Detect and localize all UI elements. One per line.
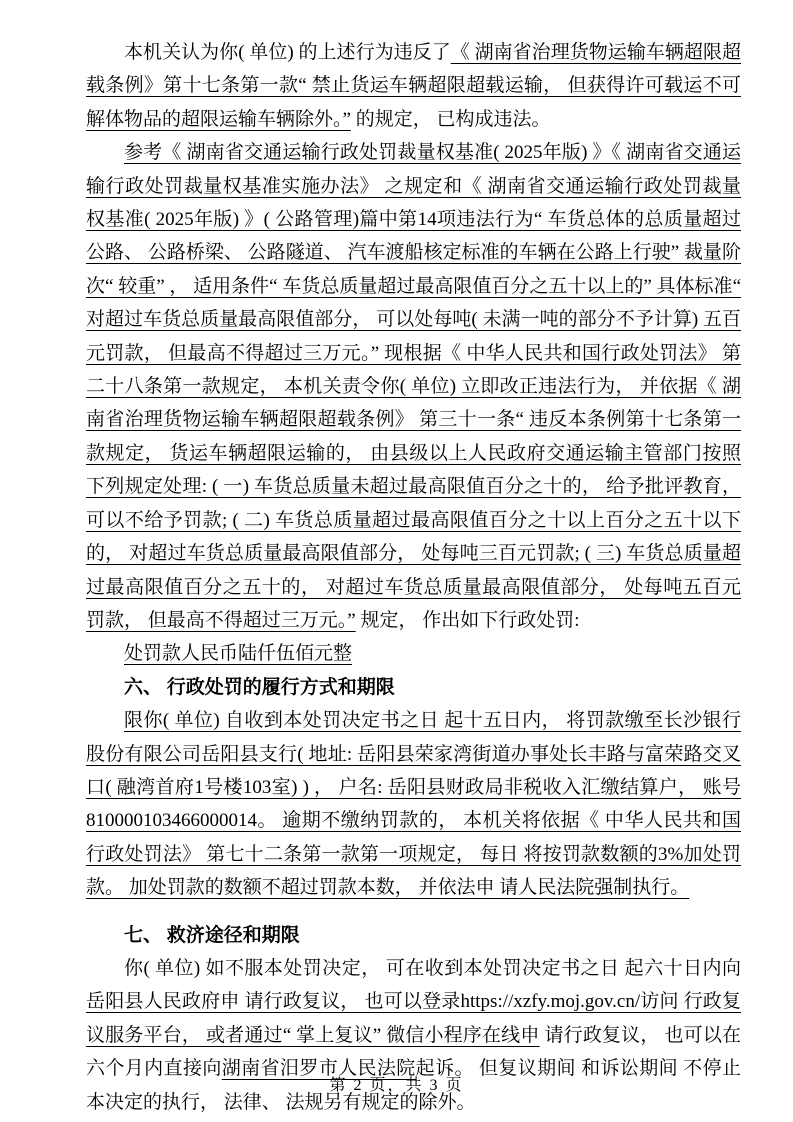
para-violation-finding: 本机关认为你( 单位) 的上述行为违反了《 湖南省治理货物运输车辆超限超载条例》… <box>86 36 741 136</box>
text-run: 你( 单位) 如不服本处罚决定， 可在收到本处罚决定书之日 起六十日内向 <box>124 958 741 979</box>
text-run: 六、 行政处罚的履行方式和期限 <box>124 677 395 698</box>
underlined-text-run: 处罚款人民币陆仟伍佰元整 <box>124 643 352 664</box>
text-run: 规定， 作出如下行政处罚: <box>356 610 580 631</box>
document-page: 本机关认为你( 单位) 的上述行为违反了《 湖南省治理货物运输车辆超限超载条例》… <box>0 0 793 1122</box>
para-penalty-basis: 参考《 湖南省交通运输行政处罚裁量权基准( 2025年版) 》《 湖南省交通运输… <box>86 136 741 637</box>
underlined-text-run: 参考《 湖南省交通运输行政处罚裁量权基准( 2025年版) 》《 湖南省交通运输… <box>86 142 741 631</box>
para-fine-amount: 处罚款人民币陆仟伍佰元整 <box>86 637 741 670</box>
text-run: 的规定， 已构成违法。 <box>351 109 551 130</box>
page-number: 第 2 页，共 3 页 <box>0 1076 793 1096</box>
para-payment-instructions: 限你( 单位) 自收到本处罚决定书之日 起十五日内， 将罚款缴至长沙银行股份有限… <box>86 704 741 904</box>
underlined-text-run: 限你( 单位) 自收到本处罚决定书之日 起十五日内， 将罚款缴至长沙银行股份有限… <box>86 710 741 898</box>
heading-section-6: 六、 行政处罚的履行方式和期限 <box>86 671 741 704</box>
heading-section-7: 七、 救济途径和期限 <box>86 919 741 952</box>
text-run: 本机关认为你( 单位) 的上述行为违反了 <box>124 42 451 63</box>
text-run: 七、 救济途径和期限 <box>124 925 300 946</box>
document-body: 本机关认为你( 单位) 的上述行为违反了《 湖南省治理货物运输车辆超限超载条例》… <box>86 36 741 1119</box>
